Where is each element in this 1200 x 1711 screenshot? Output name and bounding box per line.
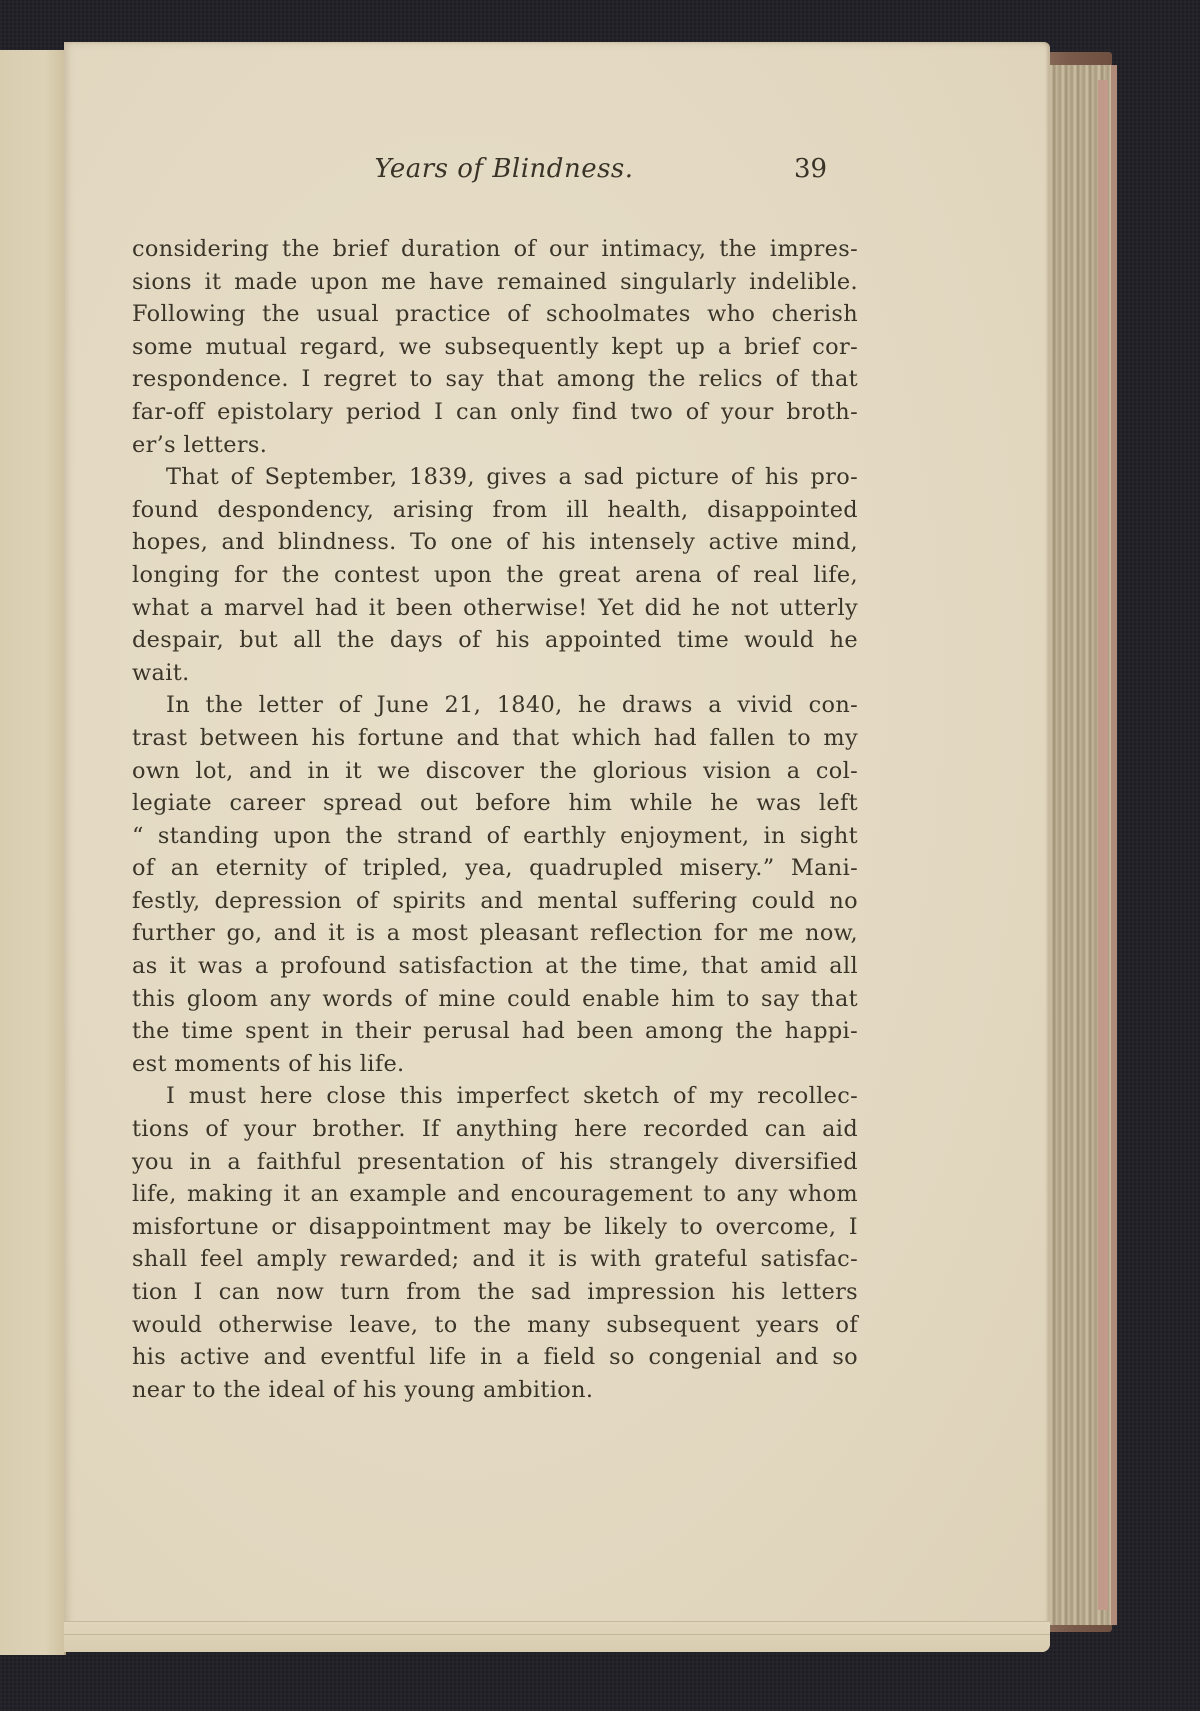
previous-page-edge	[0, 50, 66, 1655]
text-line: misfortune or disappointment may be like…	[132, 1212, 858, 1245]
text-line: some mutual regard, we subsequently kept…	[132, 332, 858, 365]
text-line: respondence. I regret to say that among …	[132, 364, 858, 397]
running-head: Years of Blindness. 39	[64, 154, 1050, 194]
running-title: Years of Blindness.	[344, 154, 664, 184]
text-line: further go, and it is a most pleasant re…	[132, 918, 858, 951]
page-bottom-edge	[64, 1621, 1050, 1652]
text-line: er’s letters.	[132, 430, 858, 463]
text-line: wait.	[132, 658, 858, 691]
text-line: Following the usual practice of schoolma…	[132, 299, 858, 332]
text-line: life, making it an example and encourage…	[132, 1179, 858, 1212]
text-line: That of September, 1839, gives a sad pic…	[132, 462, 858, 495]
text-line: own lot, and in it we discover the glori…	[132, 756, 858, 789]
text-line: near to the ideal of his young ambition.	[132, 1375, 858, 1408]
page-number: 39	[794, 154, 827, 184]
text-line: legiate career spread out before him whi…	[132, 788, 858, 821]
text-line: of an eternity of tripled, yea, quadrupl…	[132, 853, 858, 886]
text-line: sions it made upon me have remained sing…	[132, 267, 858, 300]
book-page: Years of Blindness. 39 considering the b…	[64, 42, 1050, 1652]
paragraph: In the letter of June 21, 1840, he draws…	[132, 690, 858, 1081]
text-line: as it was a profound satisfaction at the…	[132, 951, 858, 984]
body-text: considering the brief duration of our in…	[132, 234, 858, 1407]
text-line: this gloom any words of mine could enabl…	[132, 984, 858, 1017]
paragraph: I must here close this imperfect sketch …	[132, 1081, 858, 1407]
text-line: festly, depression of spirits and mental…	[132, 886, 858, 919]
paragraph: considering the brief duration of our in…	[132, 234, 858, 462]
text-line: the time spent in their perusal had been…	[132, 1016, 858, 1049]
text-line: despair, but all the days of his appoint…	[132, 625, 858, 658]
text-line: longing for the contest upon the great a…	[132, 560, 858, 593]
text-line: what a marvel had it been otherwise! Yet…	[132, 593, 858, 626]
text-line: would otherwise leave, to the many subse…	[132, 1310, 858, 1343]
text-line: tion I can now turn from the sad impress…	[132, 1277, 858, 1310]
text-line: tions of your brother. If anything here …	[132, 1114, 858, 1147]
text-line: “ standing upon the strand of earthly en…	[132, 821, 858, 854]
text-line: his active and eventful life in a field …	[132, 1342, 858, 1375]
text-line: far-off epistolary period I can only fin…	[132, 397, 858, 430]
text-line: In the letter of June 21, 1840, he draws…	[132, 690, 858, 723]
text-line: found despondency, arising from ill heal…	[132, 495, 858, 528]
text-line: you in a faithful presentation of his st…	[132, 1147, 858, 1180]
text-line: considering the brief duration of our in…	[132, 234, 858, 267]
text-line: hopes, and blindness. To one of his inte…	[132, 527, 858, 560]
cover-lining	[1098, 80, 1108, 1610]
text-line: trast between his fortune and that which…	[132, 723, 858, 756]
text-line: est moments of his life.	[132, 1049, 858, 1082]
text-line: shall feel amply rewarded; and it is wit…	[132, 1244, 858, 1277]
paragraph: That of September, 1839, gives a sad pic…	[132, 462, 858, 690]
text-line: I must here close this imperfect sketch …	[132, 1081, 858, 1114]
